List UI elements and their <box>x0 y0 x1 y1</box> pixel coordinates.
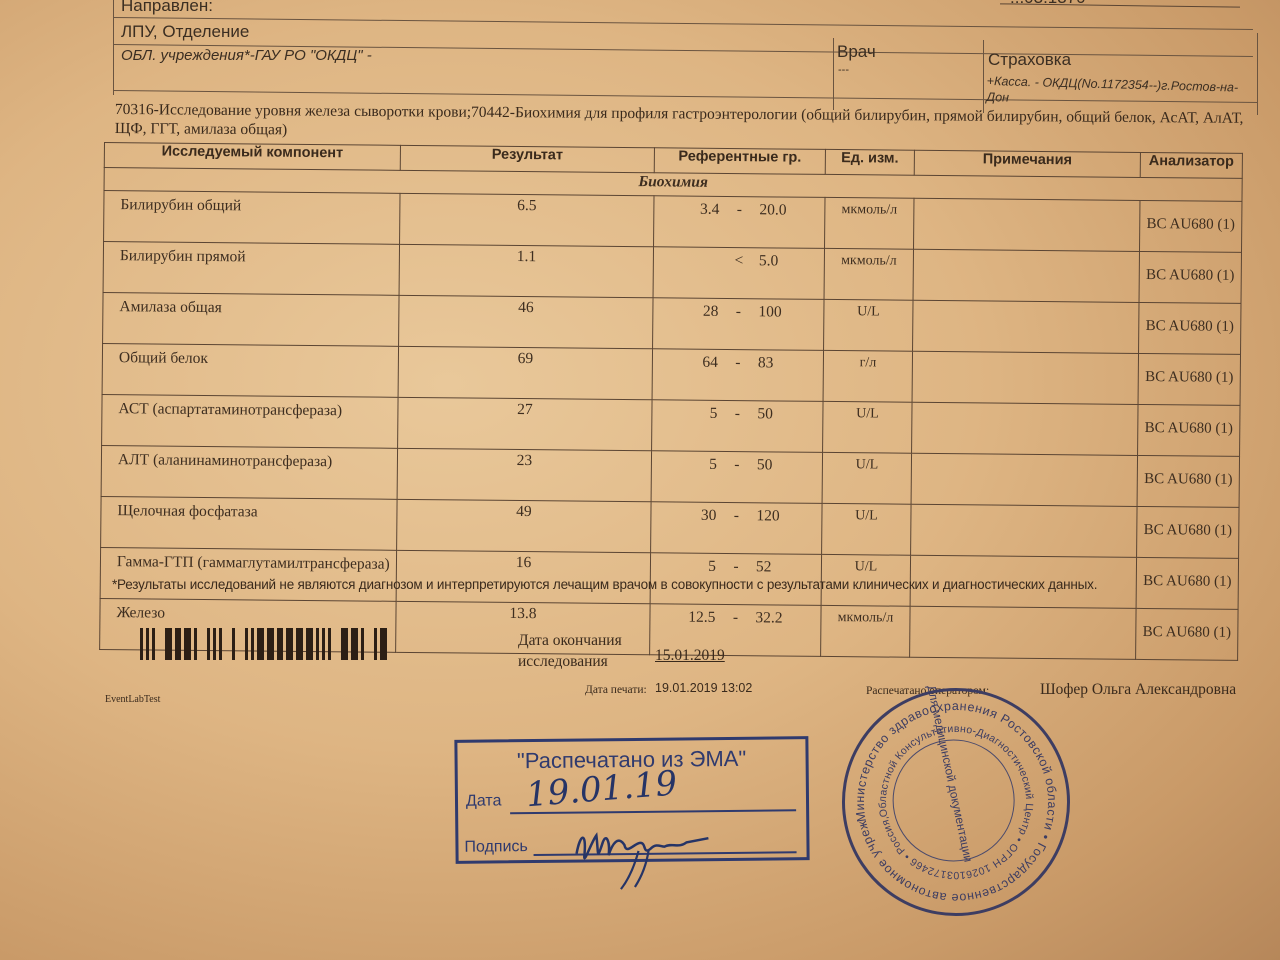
reference-separator: - <box>715 609 755 627</box>
col-header-unit: Ед. изм. <box>825 149 914 175</box>
reference-high: 50 <box>757 405 817 424</box>
barcode-bar <box>257 628 264 660</box>
ema-signature-label: Подпись <box>464 838 528 857</box>
reference-separator: - <box>716 507 756 525</box>
reference-high: 100 <box>758 303 818 322</box>
component-name: Щелочная фосфатаза <box>101 496 397 550</box>
directed-label: Направлен: <box>121 0 213 16</box>
analyzer: BC AU680 (1) <box>1139 251 1241 303</box>
barcode-bar <box>316 628 319 660</box>
notes <box>914 198 1140 251</box>
end-date-label: Дата окончания исследования <box>518 630 622 672</box>
barcode-bar <box>152 628 155 660</box>
reference-separator: - <box>717 405 757 423</box>
reference-low: 3.4 <box>659 200 719 219</box>
barcode-bar <box>351 628 358 660</box>
barcode-bar <box>296 628 303 660</box>
reference-high: 32.2 <box>755 609 815 628</box>
handwritten-signature <box>568 812 719 894</box>
result-value: 69 <box>398 346 652 399</box>
print-date: 19.01.2019 13:02 <box>655 681 752 695</box>
barcode-bar <box>286 628 293 660</box>
ema-stamp: "Распечатано из ЭМА" Дата 19.01.19 Подпи… <box>454 736 809 864</box>
disclaimer: *Результаты исследований не являются диа… <box>112 575 1242 594</box>
barcode-bar <box>194 628 197 660</box>
insurance-label: Страховка <box>988 50 1071 70</box>
reference-low: 12.5 <box>655 608 715 627</box>
analyzer: BC AU680 (1) <box>1139 302 1241 354</box>
barcode-bar <box>146 628 149 660</box>
barcode-bar <box>334 628 338 660</box>
reference-high: 5.0 <box>759 252 819 271</box>
lpu-label: ЛПУ, Отделение <box>121 22 249 42</box>
result-value: 49 <box>397 499 651 552</box>
component-name: Амилаза общая <box>103 292 399 346</box>
reference-low: 28 <box>658 302 718 321</box>
component-name: Билирубин общий <box>104 191 400 245</box>
reference-low <box>659 251 719 270</box>
ema-date-label: Дата <box>466 792 502 810</box>
reference-low: 64 <box>658 353 718 372</box>
operator-name: Шофер Ольга Александровна <box>1040 681 1236 699</box>
notes <box>912 351 1138 404</box>
reference-high: 120 <box>756 507 816 526</box>
reference-low: 30 <box>656 506 716 525</box>
reference-low: 5 <box>657 404 717 423</box>
barcode-bar <box>207 628 210 660</box>
reference-range: 3.4 - 20.0 <box>654 196 825 249</box>
col-header-result: Результат <box>400 145 654 172</box>
col-header-analyzer: Анализатор <box>1140 152 1242 178</box>
unit: U/L <box>824 299 913 351</box>
reference-low: 5 <box>657 455 717 474</box>
doctor-value: --- <box>838 64 849 76</box>
result-value: 46 <box>399 295 653 348</box>
document-number: ...03.1370 <box>1010 0 1086 8</box>
result-value: 1.1 <box>399 244 653 297</box>
barcode-bar <box>277 628 283 660</box>
analyzer: BC AU680 (1) <box>1138 404 1240 456</box>
analyzer: BC AU680 (1) <box>1138 353 1240 405</box>
component-name: Общий белок <box>102 343 398 397</box>
unit: U/L <box>822 452 911 504</box>
component-name: АСТ (аспартатаминотрансфераза) <box>102 394 398 448</box>
end-date-label-line2: исследования <box>518 651 622 672</box>
reference-high: 83 <box>758 354 818 373</box>
component-name: Билирубин прямой <box>103 242 399 296</box>
notes <box>910 606 1136 659</box>
barcode-bar <box>361 628 364 660</box>
notes <box>912 402 1138 455</box>
result-value: 27 <box>398 397 652 450</box>
barcode-bar <box>322 628 325 660</box>
notes <box>911 504 1137 557</box>
unit: г/л <box>823 350 912 402</box>
barcode-bar <box>232 628 235 660</box>
reference-range: 28 - 100 <box>653 298 824 351</box>
result-value: 6.5 <box>400 193 654 246</box>
official-seal: Министерство здравоохранения Ростовской … <box>821 667 1091 937</box>
analyzer: BC AU680 (1) <box>1139 200 1241 252</box>
reference-separator: - <box>718 303 758 321</box>
unit: мкмоль/л <box>824 248 913 300</box>
analyzer: BC AU680 (1) <box>1136 608 1238 660</box>
reference-separator: - <box>719 201 759 219</box>
barcode-bar <box>184 628 191 660</box>
doctor-label: Врач <box>837 42 876 62</box>
reference-separator: < <box>719 252 759 270</box>
barcode-bar <box>213 628 216 660</box>
reference-range: 30 - 120 <box>651 502 822 555</box>
barcode-bar <box>165 628 172 660</box>
lpu-value: ОБЛ. учреждения*-ГАУ РО "ОКДЦ" - <box>121 47 372 64</box>
barcode-bar <box>328 628 331 660</box>
reference-range: < 5.0 <box>653 247 824 300</box>
unit: мкмоль/л <box>825 197 914 249</box>
component-name: АЛТ (аланинаминотрансфераза) <box>101 445 397 499</box>
col-header-notes: Примечания <box>914 150 1140 177</box>
barcode-bar <box>175 628 181 660</box>
barcode-bar <box>140 628 143 660</box>
end-date: 15.01.2019 <box>655 647 725 665</box>
header-divider <box>833 38 834 110</box>
reference-range: 5 - 50 <box>652 400 823 453</box>
notes <box>913 300 1139 353</box>
reference-high: 50 <box>757 456 817 475</box>
barcode-bar <box>225 628 229 660</box>
reference-separator: - <box>716 558 756 576</box>
reference-low: 5 <box>656 557 716 576</box>
reference-separator: - <box>717 456 757 474</box>
barcode-bar <box>367 628 371 660</box>
barcode-bar <box>306 628 313 660</box>
order-description: 70316-Исследование уровня железа сыворот… <box>115 100 1265 147</box>
analyzer: BC AU680 (1) <box>1137 506 1239 558</box>
end-date-label-line1: Дата окончания <box>518 630 622 651</box>
col-header-component: Исследуемый компонент <box>104 143 400 171</box>
barcode-bar <box>267 628 274 660</box>
header-right-border <box>1257 33 1258 115</box>
barcode-bar <box>374 628 377 660</box>
barcode-bar <box>238 628 242 660</box>
barcode-bar <box>200 628 204 660</box>
unit: U/L <box>822 503 911 555</box>
reference-separator: - <box>718 354 758 372</box>
header-divider <box>983 40 984 113</box>
col-header-reference: Референтные гр. <box>654 148 825 175</box>
reference-range: 5 - 50 <box>651 451 822 504</box>
print-date-label: Дата печати: <box>585 684 647 696</box>
notes <box>913 249 1139 302</box>
barcode-bar <box>158 628 162 660</box>
result-value: 23 <box>397 448 651 501</box>
barcode-bar <box>341 628 348 660</box>
barcode-bar <box>251 628 254 660</box>
insurance-value: +Касса. - ОКДЦ(No.1172354--)г.Ростов-на-… <box>986 73 1249 112</box>
notes <box>911 453 1137 506</box>
barcode-bar <box>219 628 222 660</box>
barcode-bar <box>245 628 248 660</box>
unit: U/L <box>823 401 912 453</box>
barcode-bar <box>380 628 387 660</box>
reference-range: 64 - 83 <box>652 349 823 402</box>
unit: мкмоль/л <box>821 605 910 657</box>
reference-high: 20.0 <box>759 201 819 220</box>
analyzer: BC AU680 (1) <box>1137 455 1239 507</box>
system-name: EventLabTest <box>105 694 160 705</box>
barcode <box>140 628 390 660</box>
header-rule <box>113 17 1253 30</box>
header-left-border <box>113 0 114 95</box>
